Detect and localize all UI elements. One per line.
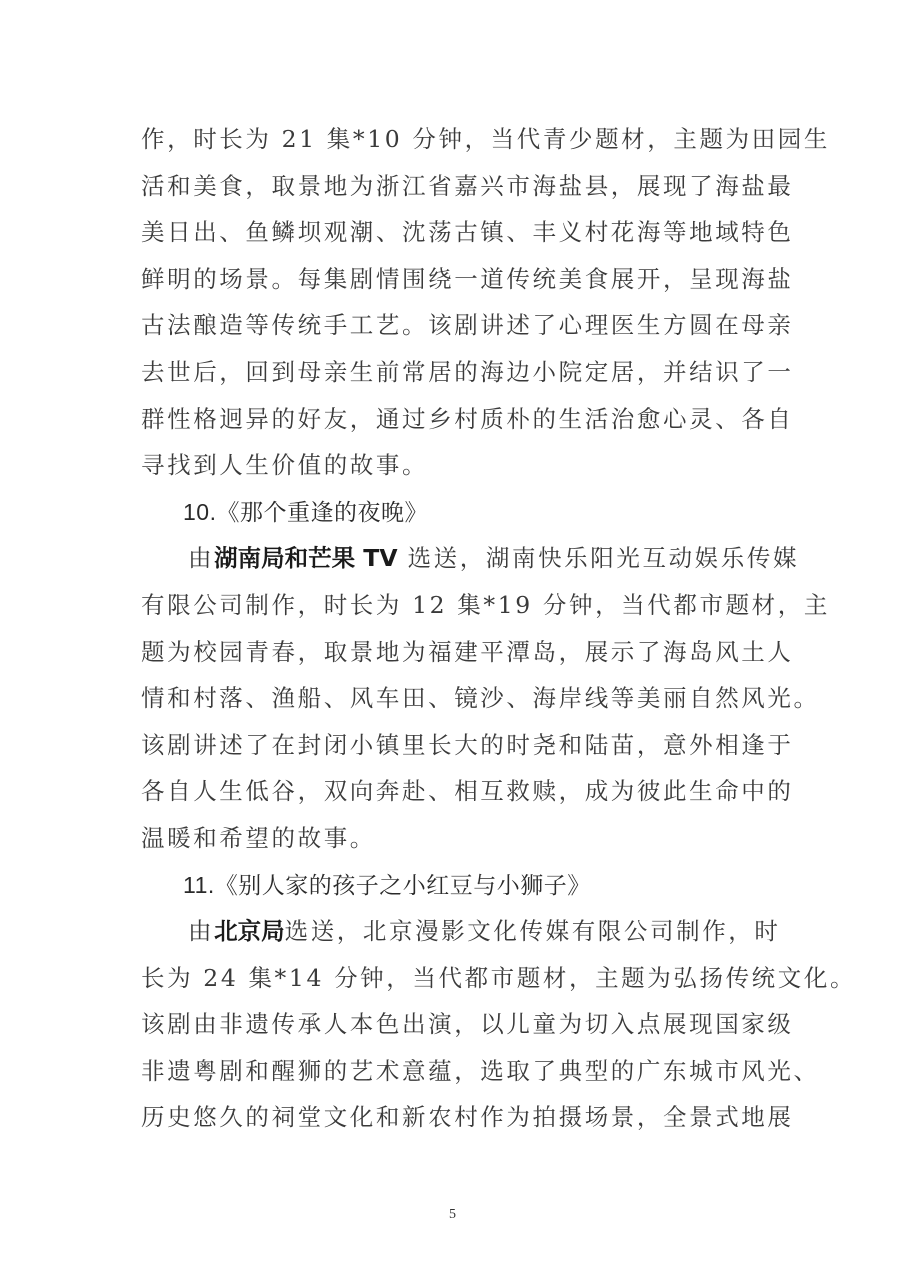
text-line-first: 由北京局选送，北京漫影文化传媒有限公司制作，时 (141, 908, 765, 955)
document-page: 作，时长为 21 集*10 分钟，当代青少题材，主题为田园生 活和美食，取景地为… (0, 0, 905, 1280)
text-line: 作，时长为 21 集*10 分钟，当代青少题材，主题为田园生 (141, 116, 765, 163)
text-line: 鲜明的场景。每集剧情围绕一道传统美食展开，呈现海盐 (141, 256, 765, 303)
paragraph-item9-continued: 作，时长为 21 集*10 分钟，当代青少题材，主题为田园生 活和美食，取景地为… (141, 116, 765, 489)
text-line: 活和美食，取景地为浙江省嘉兴市海盐县，展现了海盐最 (141, 163, 765, 210)
text-line: 题为校园青春，取景地为福建平潭岛，展示了海岛风土人 (141, 629, 765, 676)
text-line: 去世后，回到母亲生前常居的海边小院定居，并结识了一 (141, 349, 765, 396)
text-line: 长为 24 集*14 分钟，当代都市题材，主题为弘扬传统文化。 (141, 955, 765, 1002)
text-line: 美日出、鱼鳞坝观潮、沈荡古镇、丰义村花海等地域特色 (141, 209, 765, 256)
text-line: 寻找到人生价值的故事。 (141, 442, 765, 489)
text-line-first: 由湖南局和芒果 TV 选送，湖南快乐阳光互动娱乐传媒 (141, 535, 765, 582)
text-line: 有限公司制作，时长为 12 集*19 分钟，当代都市题材，主 (141, 582, 765, 629)
submitter-bold: 北京局 (214, 917, 285, 945)
text-line: 古法酿造等传统手工艺。该剧讲述了心理医生方圆在母亲 (141, 302, 765, 349)
item-10-heading: 10.《那个重逢的夜晚》 (141, 489, 765, 536)
text-rest: 选送，湖南快乐阳光互动娱乐传媒 (398, 544, 800, 572)
text-line: 非遗粤剧和醒狮的艺术意蕴，选取了典型的广东城市风光、 (141, 1048, 765, 1095)
text-line: 情和村落、渔船、风车田、镜沙、海岸线等美丽自然风光。 (141, 675, 765, 722)
submitter-bold: 湖南局和芒果 TV (214, 544, 397, 572)
text-line: 该剧由非遗传承人本色出演，以儿童为切入点展现国家级 (141, 1001, 765, 1048)
text-line: 历史悠久的祠堂文化和新农村作为拍摄场景，全景式地展 (141, 1094, 765, 1141)
text-line: 各自人生低谷，双向奔赴、相互救赎，成为彼此生命中的 (141, 768, 765, 815)
document-body: 作，时长为 21 集*10 分钟，当代青少题材，主题为田园生 活和美食，取景地为… (141, 116, 765, 1141)
text-line: 该剧讲述了在封闭小镇里长大的时尧和陆苗，意外相逢于 (141, 722, 765, 769)
text-line: 温暖和希望的故事。 (141, 815, 765, 862)
text-line: 群性格迥异的好友，通过乡村质朴的生活治愈心灵、各自 (141, 396, 765, 443)
text-rest: 选送，北京漫影文化传媒有限公司制作，时 (285, 917, 781, 945)
item-11-heading: 11.《别人家的孩子之小红豆与小狮子》 (141, 862, 765, 909)
text-prefix: 由 (188, 544, 214, 572)
text-prefix: 由 (188, 917, 214, 945)
paragraph-item10: 由湖南局和芒果 TV 选送，湖南快乐阳光互动娱乐传媒 有限公司制作，时长为 12… (141, 535, 765, 861)
page-number: 5 (0, 1207, 905, 1223)
paragraph-item11: 由北京局选送，北京漫影文化传媒有限公司制作，时 长为 24 集*14 分钟，当代… (141, 908, 765, 1141)
